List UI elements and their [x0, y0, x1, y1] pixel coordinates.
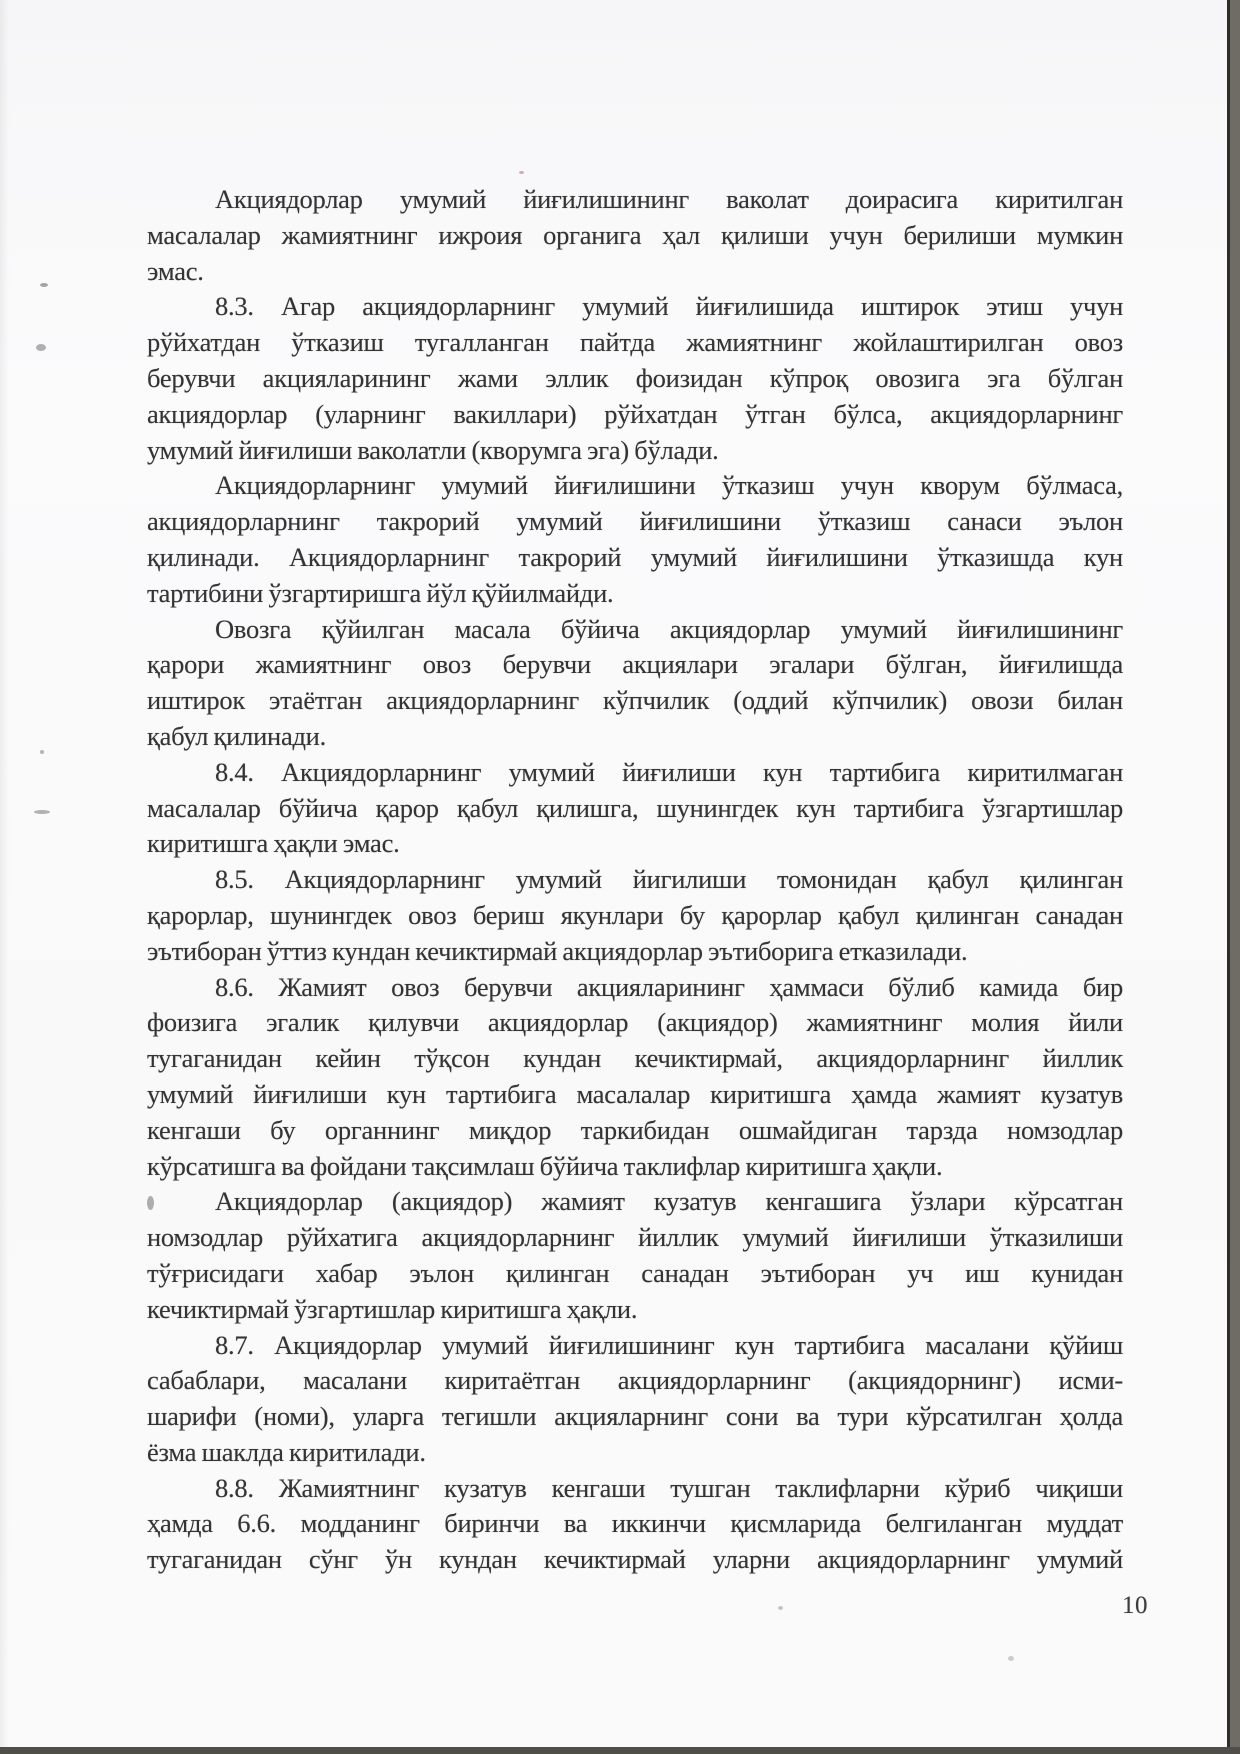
text-line: эмас.: [147, 254, 1123, 290]
text-line: қарорлар, шунингдек овоз бериш якунлари …: [147, 898, 1123, 934]
text-line: масалалар бўйича қарор қабул қилишга, шу…: [147, 791, 1123, 827]
document-text: Акциядорлар умумий йиғилишининг ваколат …: [147, 182, 1123, 1578]
paragraph: Акциядорлар умумий йиғилишининг ваколат …: [147, 182, 1123, 289]
text-line: масалалар жамиятнинг ижроия органига ҳал…: [147, 218, 1123, 254]
scan-speck: [40, 750, 44, 754]
text-line: кечиктирмай ўзгартишлар киритишга ҳақли.: [147, 1292, 1123, 1328]
text-line: умумий йиғилиши кун тартибига масалалар …: [147, 1077, 1123, 1113]
text-line: киритишга ҳақли эмас.: [147, 826, 1123, 862]
text-line: ҳамда 6.6. модданинг биринчи ва иккинчи …: [147, 1506, 1123, 1542]
text-line: кенгаши бу органнинг миқдор таркибидан о…: [147, 1113, 1123, 1149]
scan-speck: [778, 1606, 783, 1610]
text-line: қабул қилинади.: [147, 719, 1123, 755]
page-number: 10: [1122, 1592, 1148, 1620]
text-line: акциядорлар (уларнинг вакиллари) рўйхатд…: [147, 397, 1123, 433]
scan-speck: [519, 171, 524, 174]
text-line: 8.7. Акциядорлар умумий йиғилишининг кун…: [147, 1328, 1123, 1364]
scan-speck: [36, 344, 46, 351]
scan-speck: [34, 810, 50, 814]
text-line: сабаблари, масалани киритаётган акциядор…: [147, 1363, 1123, 1399]
scan-speck: [1008, 1656, 1014, 1661]
paragraph: 8.3. Агар акциядорларнинг умумий йиғилиш…: [147, 289, 1123, 468]
text-line: умумий йиғилиши ваколатли (кворумга эга)…: [147, 433, 1123, 469]
text-line: тўғрисидаги хабар эълон қилинган санадан…: [147, 1256, 1123, 1292]
scanned-document-page: Акциядорлар умумий йиғилишининг ваколат …: [0, 0, 1240, 1754]
paragraph: 8.8. Жамиятнинг кузатув кенгаши тушган т…: [147, 1471, 1123, 1578]
paragraph: 8.5. Акциядорларнинг умумий йигилиши том…: [147, 862, 1123, 969]
text-line: тартибини ўзгартиришга йўл қўйилмайди.: [147, 576, 1123, 612]
text-line: акциядорларнинг такрорий умумий йиғилиши…: [147, 504, 1123, 540]
paragraph: Акциядорлар (акциядор) жамият кузатув ке…: [147, 1184, 1123, 1327]
scan-edge-bottom: [0, 1747, 1240, 1754]
text-line: 8.6. Жамият овоз берувчи акцияларининг ҳ…: [147, 970, 1123, 1006]
text-line: эътиборан ўттиз кундан кечиктирмай акция…: [147, 934, 1123, 970]
paragraph: 8.6. Жамият овоз берувчи акцияларининг ҳ…: [147, 970, 1123, 1185]
text-line: 8.3. Агар акциядорларнинг умумий йиғилиш…: [147, 289, 1123, 325]
paragraph: Акциядорларнинг умумий йиғилишини ўткази…: [147, 468, 1123, 611]
text-line: қилинади. Акциядорларнинг такрорий умуми…: [147, 540, 1123, 576]
text-line: 8.4. Акциядорларнинг умумий йиғилиши кун…: [147, 755, 1123, 791]
text-line: Овозга қўйилган масала бўйича акциядорла…: [147, 612, 1123, 648]
text-line: 8.8. Жамиятнинг кузатув кенгаши тушган т…: [147, 1471, 1123, 1507]
text-line: ёзма шаклда киритилади.: [147, 1435, 1123, 1471]
text-line: берувчи акцияларининг жами эллик фоизида…: [147, 361, 1123, 397]
text-line: 8.5. Акциядорларнинг умумий йигилиши том…: [147, 862, 1123, 898]
scan-speck: [40, 283, 48, 287]
text-line: номзодлар рўйхатига акциядорларнинг йилл…: [147, 1220, 1123, 1256]
text-line: Акциядорлар умумий йиғилишининг ваколат …: [147, 182, 1123, 218]
scan-edge-left-shadow: [0, 0, 9, 1754]
scan-edge-right: [1227, 0, 1240, 1754]
paragraph: Овозга қўйилган масала бўйича акциядорла…: [147, 612, 1123, 755]
text-line: Акциядорларнинг умумий йиғилишини ўткази…: [147, 468, 1123, 504]
text-line: тугаганидан кейин тўқсон кундан кечиктир…: [147, 1041, 1123, 1077]
text-line: кўрсатишга ва фойдани тақсимлаш бўйича т…: [147, 1149, 1123, 1185]
paragraph: 8.7. Акциядорлар умумий йиғилишининг кун…: [147, 1328, 1123, 1471]
text-line: шарифи (номи), уларга тегишли акцияларни…: [147, 1399, 1123, 1435]
text-line: тугаганидан сўнг ўн кундан кечиктирмай у…: [147, 1542, 1123, 1578]
text-line: қарори жамиятнинг овоз берувчи акциялари…: [147, 647, 1123, 683]
text-line: рўйхатдан ўтказиш тугалланган пайтда жам…: [147, 325, 1123, 361]
paragraph: 8.4. Акциядорларнинг умумий йиғилиши кун…: [147, 755, 1123, 862]
text-line: иштирок этаётган акциядорларнинг кўпчили…: [147, 683, 1123, 719]
text-line: фоизига эгалик қилувчи акциядорлар (акци…: [147, 1005, 1123, 1041]
text-line: Акциядорлар (акциядор) жамият кузатув ке…: [147, 1184, 1123, 1220]
